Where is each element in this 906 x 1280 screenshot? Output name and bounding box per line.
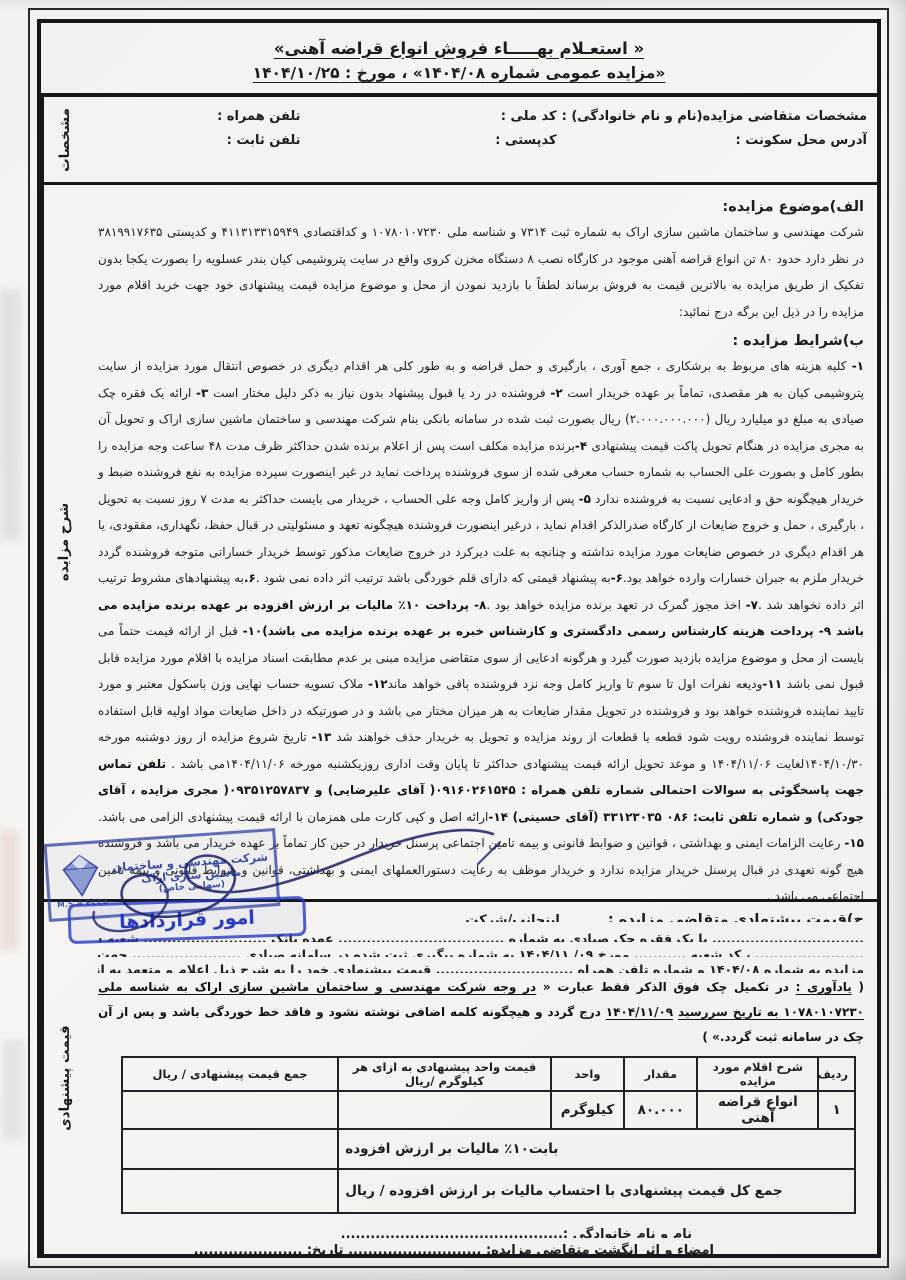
vertical-label-specs: مشخصات bbox=[56, 108, 72, 172]
price-heading-row: ج)قیمت پیشنهادی متقاضی مزایده : اینجانب/… bbox=[98, 912, 864, 922]
document-title-block: « استعـلام بهـــــاء فروش انواع قراضه آه… bbox=[41, 23, 877, 97]
strip-cell-price: قیمت پیشنهادی bbox=[44, 902, 85, 1254]
row-number-cell: ۱ bbox=[818, 1091, 855, 1129]
body-layout: مشخصات شرح مزایده قیمت پیشنهادی مشخصات م… bbox=[41, 97, 877, 1254]
scan-bleed-artifact bbox=[0, 830, 18, 950]
check-detail-line-1: ................................ با یک ف… bbox=[98, 926, 864, 942]
total-price-cell bbox=[122, 1091, 338, 1129]
section-label-strip: مشخصات شرح مزایده قیمت پیشنهادی bbox=[41, 97, 85, 1254]
strip-cell-description: شرح مزایده bbox=[44, 185, 85, 902]
specs-row-2: آدرس محل سکونت : کدپستی : تلفن ثابت : bbox=[91, 133, 867, 148]
reminder-paragraph: ( یادآوری : در تکمیل چک فوق الذکر فقط عب… bbox=[98, 975, 864, 1050]
vertical-label-price: قیمت پیشنهادی bbox=[56, 1025, 72, 1131]
name-signature-line: نام و نام خانوادگی :....................… bbox=[98, 1222, 864, 1238]
grand-total-label-cell: جمع کل قیمت پیشنهادی با احتساب مالیات بر… bbox=[338, 1169, 855, 1213]
header-total-price: جمع قیمت پیشنهادی / ریال bbox=[122, 1057, 338, 1091]
vat-label-cell: بابت۱۰٪ مالیات بر ارزش افزوده bbox=[338, 1129, 855, 1169]
check-detail-line-3: مزایده به شماره ۱۴۰۴/۰۸ و شماره تلفن همر… bbox=[98, 957, 864, 973]
unit-price-cell bbox=[338, 1091, 551, 1129]
mobile-label: تلفن همراه : bbox=[91, 109, 301, 124]
price-heading: ج)قیمت پیشنهادی متقاضی مزایده : bbox=[608, 912, 864, 922]
grand-total-value-cell bbox=[122, 1169, 338, 1213]
table-header-row: ردیف شرح اقلام مورد مزایده مقدار واحد قی… bbox=[122, 1057, 855, 1091]
subject-paragraph: شرکت مهندسی و ساختمان ماشین سازی اراک به… bbox=[98, 219, 864, 325]
address-label: آدرس محل سکونت : bbox=[557, 133, 867, 148]
inner-frame: « استعـلام بهـــــاء فروش انواع قراضه آه… bbox=[37, 19, 881, 1258]
vat-value-cell bbox=[122, 1129, 338, 1169]
national-id-label: کد ملی : bbox=[301, 109, 557, 124]
fingerprint-date-line: امضاء و اثر انگشت متقاضی مزایده: .......… bbox=[98, 1238, 864, 1254]
terms-heading: ب)شرایط مزایده : bbox=[98, 333, 864, 349]
table-row-item-1: ۱ انواع قراضه آهنی ۸۰.۰۰۰ کیلوگرم bbox=[122, 1091, 855, 1129]
quantity-cell: ۸۰.۰۰۰ bbox=[624, 1091, 697, 1129]
document-title: « استعـلام بهـــــاء فروش انواع قراضه آه… bbox=[274, 39, 644, 58]
check-detail-line-2: ....................... ، کد شعبه ......… bbox=[98, 942, 864, 958]
scanned-form-page: « استعـلام بهـــــاء فروش انواع قراضه آه… bbox=[0, 0, 906, 1280]
specs-row-1: مشخصات متقاضی مزایده(نام و نام خانوادگی)… bbox=[91, 109, 867, 124]
document-subtitle: «مزایده عمومی شماره ۱۴۰۴/۰۸» ، مورخ : ۱۴… bbox=[253, 64, 666, 82]
postal-code-label: کدپستی : bbox=[301, 133, 557, 148]
main-column: مشخصات متقاضی مزایده(نام و نام خانوادگی)… bbox=[85, 97, 877, 1254]
applicant-specs-section: مشخصات متقاضی مزایده(نام و نام خانوادگی)… bbox=[85, 97, 877, 185]
header-quantity: مقدار bbox=[624, 1057, 697, 1091]
unit-cell: کیلوگرم bbox=[551, 1091, 624, 1129]
subject-heading: الف)موضوع مزایده: bbox=[98, 199, 864, 215]
scan-bleed-artifact bbox=[2, 1040, 24, 1140]
header-row-number: ردیف bbox=[818, 1057, 855, 1091]
proposed-price-section: ج)قیمت پیشنهادی متقاضی مزایده : اینجانب/… bbox=[85, 902, 877, 1254]
vertical-label-description: شرح مزایده bbox=[56, 503, 72, 581]
header-unit-price: قیمت واحد پیشنهادی به ازای هر کیلوگرم /ر… bbox=[338, 1057, 551, 1091]
auction-description-section: الف)موضوع مزایده: شرکت مهندسی و ساختمان … bbox=[85, 185, 877, 902]
scan-bleed-artifact bbox=[0, 290, 20, 540]
terms-paragraph: ۱- کلیه هزینه های مربوط به برشکاری ، جمع… bbox=[98, 353, 864, 910]
landline-label: تلفن ثابت : bbox=[91, 133, 301, 148]
price-table: ردیف شرح اقلام مورد مزایده مقدار واحد قی… bbox=[121, 1056, 856, 1214]
outer-frame: « استعـلام بهـــــاء فروش انواع قراضه آه… bbox=[28, 8, 889, 1268]
applicant-fill-line: ........................................… bbox=[228, 912, 465, 922]
table-row-grand-total: جمع کل قیمت پیشنهادی با احتساب مالیات بر… bbox=[122, 1169, 855, 1213]
header-item-description: شرح اقلام مورد مزایده bbox=[697, 1057, 818, 1091]
applicant-name-label: مشخصات متقاضی مزایده(نام و نام خانوادگی)… bbox=[557, 109, 867, 124]
header-unit: واحد bbox=[551, 1057, 624, 1091]
strip-cell-specs: مشخصات bbox=[44, 97, 85, 185]
table-row-vat: بابت۱۰٪ مالیات بر ارزش افزوده bbox=[122, 1129, 855, 1169]
applicant-company-label: اینجانب/شرکت bbox=[465, 913, 559, 922]
item-description-cell: انواع قراضه آهنی bbox=[697, 1091, 818, 1129]
